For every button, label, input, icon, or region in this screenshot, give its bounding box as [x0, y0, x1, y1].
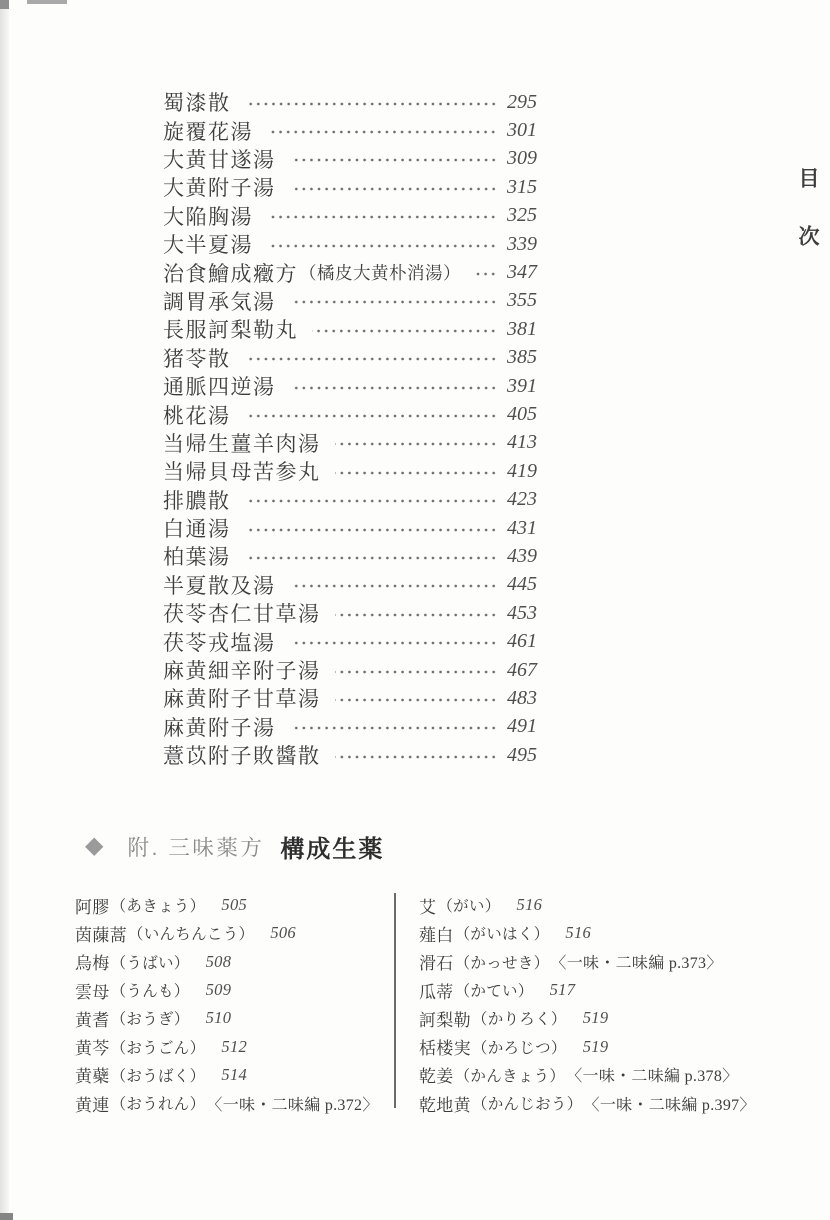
formula-title: 半夏散及湯 — [163, 570, 276, 600]
formula-title: 麻黄附子湯 — [163, 712, 276, 742]
herb-reading: （おうれん） — [111, 1092, 206, 1114]
section-title: 構成生薬 — [280, 829, 384, 864]
page-number: 405 — [507, 403, 547, 426]
herb-name: 烏梅 — [75, 949, 110, 974]
formula-title: 茯苓杏仁甘草湯 — [163, 598, 321, 628]
toc-row: 治食鱠成癥方（橘皮大黄朴消湯）347 — [163, 258, 547, 286]
dot-leader — [290, 637, 498, 649]
herb-page-number: 517 — [550, 980, 576, 1000]
herb-name: 黄耆 — [75, 1006, 110, 1031]
toc-row: 通脈四逆湯391 — [163, 372, 547, 400]
toc-row: 麻黄附子湯491 — [163, 713, 547, 741]
toc-row: 大黄甘遂湯309 — [163, 145, 547, 173]
herb-row: 茵蔯蒿（いんちんこう）506 — [75, 919, 380, 947]
formula-title: 茯苓戎塩湯 — [163, 627, 276, 657]
herb-name: 滑石 — [419, 949, 454, 974]
herb-reading: （いんちんこう） — [128, 922, 254, 944]
herb-row: 黄蘗（おうばく）514 — [75, 1061, 380, 1089]
dot-leader — [267, 126, 497, 138]
herb-row: 薤白（がいはく）516 — [419, 919, 749, 947]
herb-name: 阿膠 — [75, 893, 110, 918]
page-number: 423 — [507, 488, 547, 511]
toc-row: 調胃承気湯355 — [163, 287, 547, 315]
formula-title: 長服訶梨勒丸 — [163, 314, 298, 344]
formula-title: 通脈四逆湯 — [163, 371, 276, 401]
herb-row: 瓜蒂（かてい）517 — [419, 976, 749, 1004]
page-number: 339 — [507, 233, 547, 256]
column-divider — [394, 893, 396, 1108]
toc-row: 旋覆花湯301 — [163, 116, 547, 144]
herb-name: 黄芩 — [75, 1034, 110, 1059]
formula-title: 大半夏湯 — [163, 229, 253, 259]
section-header: ◆ 附. 三味薬方 構成生薬 — [85, 830, 384, 862]
page-number: 385 — [507, 346, 547, 369]
scan-artifact — [0, 0, 9, 9]
herb-cross-reference: 〈一味・二味編 p.373〉 — [550, 950, 722, 973]
herb-row: 艾（がい）516 — [419, 891, 749, 919]
scan-artifact — [27, 0, 67, 4]
formula-title: 柏葉湯 — [163, 541, 231, 571]
section-label: 附. 三味薬方 — [127, 831, 264, 862]
herb-reading: （がいはく） — [455, 922, 550, 944]
toc-row: 薏苡附子敗醬散495 — [163, 741, 547, 769]
toc-row: 柏葉湯439 — [163, 542, 547, 570]
herb-row: 黄耆（おうぎ）510 — [75, 1004, 380, 1032]
page-number: 295 — [507, 91, 547, 114]
herb-reading: （うんも） — [111, 979, 190, 1001]
herb-page-number: 506 — [270, 923, 296, 943]
herb-reading: （かろじつ） — [472, 1036, 567, 1058]
herb-page-number: 509 — [206, 980, 232, 1000]
formula-title: 桃花湯 — [163, 400, 231, 430]
dot-leader — [335, 438, 498, 450]
herb-page-number: 519 — [583, 1008, 609, 1028]
herb-name: 黄蘗 — [75, 1062, 110, 1087]
page-number: 491 — [507, 715, 547, 738]
toc-row: 白通湯431 — [163, 514, 547, 542]
page-number: 413 — [507, 431, 547, 454]
dot-leader — [245, 353, 498, 365]
toc-row: 茯苓戎塩湯461 — [163, 627, 547, 655]
page-number: 461 — [507, 630, 547, 653]
herb-reading: （うばい） — [111, 951, 190, 973]
formula-note: （橘皮大黄朴消湯） — [299, 260, 461, 285]
herb-name: 乾地黄 — [419, 1091, 471, 1116]
herb-name: 乾姜 — [419, 1062, 454, 1087]
herb-reading: （かんきょう） — [455, 1064, 566, 1086]
herb-reading: （おうごん） — [111, 1036, 206, 1058]
herb-page-number: 516 — [565, 923, 591, 943]
page-number: 355 — [507, 289, 547, 312]
formula-title: 大陥胸湯 — [163, 201, 253, 231]
herb-row: 黄芩（おうごん）512 — [75, 1032, 380, 1060]
formula-title: 猪苓散 — [163, 343, 231, 373]
herb-reading: （かてい） — [455, 979, 534, 1001]
scan-artifact — [0, 1213, 13, 1220]
dot-leader — [245, 524, 498, 536]
dot-leader — [245, 98, 498, 110]
herb-page-number: 519 — [583, 1037, 609, 1057]
dot-leader — [245, 495, 498, 507]
toc-row: 排膿散423 — [163, 485, 547, 513]
herb-cross-reference: 〈一味・二味編 p.372〉 — [206, 1092, 378, 1115]
toc-row: 半夏散及湯445 — [163, 571, 547, 599]
page-number: 325 — [507, 204, 547, 227]
page-number: 439 — [507, 545, 547, 568]
herb-row: 栝楼実（かろじつ）519 — [419, 1032, 749, 1060]
dot-leader — [335, 609, 498, 621]
dot-leader — [335, 694, 498, 706]
toc-row: 猪苓散385 — [163, 344, 547, 372]
dot-leader — [290, 183, 498, 195]
dot-leader — [245, 552, 498, 564]
page-number: 315 — [507, 176, 547, 199]
herb-row: 乾姜（かんきょう）〈一味・二味編 p.378〉 — [419, 1061, 749, 1089]
dot-leader — [475, 268, 497, 280]
herb-name: 訶梨勒 — [419, 1006, 471, 1031]
herb-page-number: 510 — [206, 1008, 232, 1028]
formula-title: 当帰生薑羊肉湯 — [163, 428, 321, 458]
herb-name: 栝楼実 — [419, 1034, 471, 1059]
page-number: 347 — [507, 261, 547, 284]
toc-row: 大半夏湯339 — [163, 230, 547, 258]
herb-reading: （かっせき） — [455, 951, 550, 973]
herb-page-number: 505 — [221, 895, 247, 915]
page-number: 381 — [507, 318, 547, 341]
formula-title: 大黄甘遂湯 — [163, 144, 276, 174]
herb-row: 滑石（かっせき）〈一味・二味編 p.373〉 — [419, 948, 749, 976]
herb-row: 黄連（おうれん）〈一味・二味編 p.372〉 — [75, 1089, 380, 1117]
herb-page-number: 512 — [221, 1037, 247, 1057]
herb-cross-reference: 〈一味・二味編 p.397〉 — [584, 1092, 756, 1115]
toc-row: 大黄附子湯315 — [163, 173, 547, 201]
formula-title: 治食鱠成癥方 — [163, 258, 298, 288]
herb-name: 黄連 — [75, 1091, 110, 1116]
scan-edge-shadow — [0, 0, 9, 1220]
page-number: 391 — [507, 375, 547, 398]
formula-title: 大黄附子湯 — [163, 172, 276, 202]
page-number: 495 — [507, 744, 547, 767]
formula-title: 薏苡附子敗醬散 — [163, 740, 321, 770]
toc-row: 長服訶梨勒丸381 — [163, 315, 547, 343]
herb-name: 薤白 — [419, 921, 454, 946]
page-number: 445 — [507, 573, 547, 596]
formula-title: 調胃承気湯 — [163, 286, 276, 316]
herb-reading: （かんじおう） — [472, 1092, 583, 1114]
herb-name: 雲母 — [75, 978, 110, 1003]
herb-name: 瓜蒂 — [419, 978, 454, 1003]
dot-leader — [335, 666, 498, 678]
page-number: 431 — [507, 517, 547, 540]
page-number: 301 — [507, 119, 547, 142]
dot-leader — [312, 325, 497, 337]
toc-row: 当帰生薑羊肉湯413 — [163, 429, 547, 457]
toc-row: 茯苓杏仁甘草湯453 — [163, 599, 547, 627]
dot-leader — [290, 722, 498, 734]
herb-page-number: 516 — [517, 895, 543, 915]
dot-leader — [290, 382, 498, 394]
formula-title: 麻黄附子甘草湯 — [163, 683, 321, 713]
diamond-icon: ◆ — [85, 834, 103, 858]
margin-label-mokuji: 目次 — [792, 167, 822, 283]
herb-reading: （おうぎ） — [111, 1007, 190, 1029]
page-number: 419 — [507, 460, 547, 483]
formula-title: 排膿散 — [163, 485, 231, 515]
dot-leader — [335, 751, 498, 763]
herb-row: 訶梨勒（かりろく）519 — [419, 1004, 749, 1032]
page-number: 453 — [507, 602, 547, 625]
formula-title: 旋覆花湯 — [163, 116, 253, 146]
toc-row: 大陥胸湯325 — [163, 202, 547, 230]
herb-reading: （おうばく） — [111, 1064, 206, 1086]
toc-row: 蜀漆散295 — [163, 88, 547, 116]
toc-row: 麻黄附子甘草湯483 — [163, 684, 547, 712]
herb-row: 烏梅（うばい）508 — [75, 948, 380, 976]
formula-title: 蜀漆散 — [163, 87, 231, 117]
herb-index-right-column: 艾（がい）516薤白（がいはく）516滑石（かっせき）〈一味・二味編 p.373… — [419, 891, 749, 1117]
herb-cross-reference: 〈一味・二味編 p.378〉 — [566, 1063, 738, 1086]
toc-row: 桃花湯405 — [163, 400, 547, 428]
herb-reading: （あきょう） — [111, 894, 206, 916]
herb-row: 雲母（うんも）509 — [75, 976, 380, 1004]
herb-reading: （かりろく） — [472, 1007, 567, 1029]
dot-leader — [245, 410, 498, 422]
dot-leader — [290, 296, 498, 308]
herb-name: 艾 — [419, 893, 436, 918]
herb-reading: （がい） — [437, 894, 500, 916]
dot-leader — [267, 211, 497, 223]
herb-name: 茵蔯蒿 — [75, 921, 127, 946]
page-number: 467 — [507, 659, 547, 682]
formula-title: 麻黄細辛附子湯 — [163, 655, 321, 685]
dot-leader — [335, 467, 498, 479]
herb-page-number: 514 — [221, 1065, 247, 1085]
toc-row: 麻黄細辛附子湯467 — [163, 656, 547, 684]
formula-title: 白通湯 — [163, 513, 231, 543]
book-page: 目次 蜀漆散295旋覆花湯301大黄甘遂湯309大黄附子湯315大陥胸湯325大… — [0, 0, 830, 1220]
formula-title: 当帰貝母苦参丸 — [163, 456, 321, 486]
toc-list: 蜀漆散295旋覆花湯301大黄甘遂湯309大黄附子湯315大陥胸湯325大半夏湯… — [163, 88, 547, 769]
page-number: 309 — [507, 147, 547, 170]
toc-row: 当帰貝母苦参丸419 — [163, 457, 547, 485]
dot-leader — [290, 154, 498, 166]
page-number: 483 — [507, 687, 547, 710]
herb-row: 阿膠（あきょう）505 — [75, 891, 380, 919]
dot-leader — [267, 240, 497, 252]
herb-row: 乾地黄（かんじおう）〈一味・二味編 p.397〉 — [419, 1089, 749, 1117]
dot-leader — [290, 580, 498, 592]
herb-index-left-column: 阿膠（あきょう）505茵蔯蒿（いんちんこう）506烏梅（うばい）508雲母（うん… — [75, 891, 380, 1117]
herb-page-number: 508 — [206, 952, 232, 972]
